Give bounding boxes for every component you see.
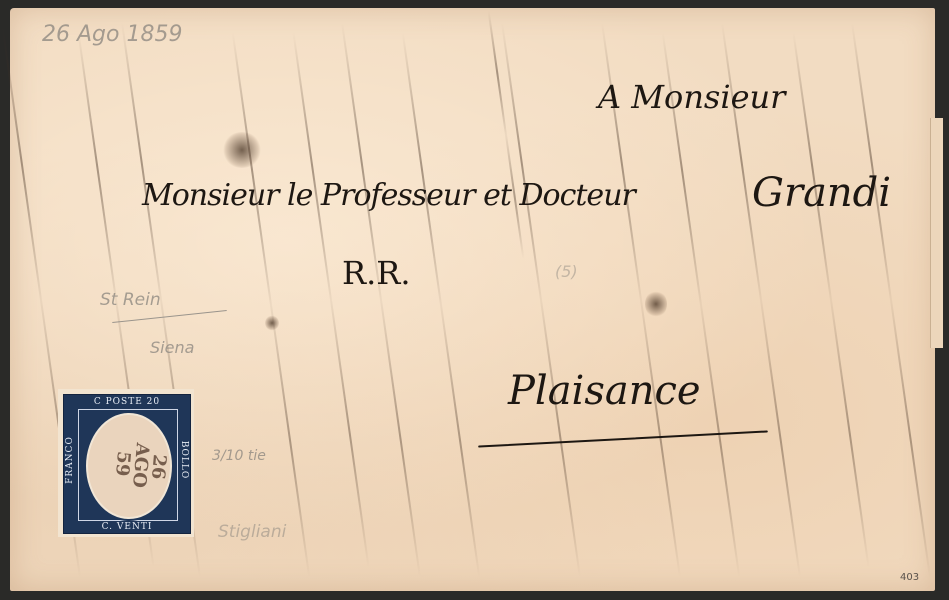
address-title: Monsieur le Professeur et Docteur	[142, 178, 635, 213]
stamp-body: C POSTE 20 C. VENTI FRANCO BOLLO 26 AGO …	[63, 394, 191, 534]
ink-blot	[645, 290, 667, 318]
address-honorific: R.R.	[342, 254, 411, 292]
ink-blot	[222, 132, 262, 168]
stamp-left-text: FRANCO	[65, 410, 75, 510]
pencil-note: (5)	[555, 262, 578, 281]
pencil-note: Stigliani	[218, 522, 286, 542]
stamp-bottom-text: C. VENTI	[64, 522, 190, 532]
postmark-cancel: 26 AGO 59	[104, 428, 170, 503]
address-city: Plaisance	[508, 368, 701, 414]
pencil-note: 3/10 tie	[212, 448, 266, 464]
paper-fold-flap	[930, 118, 943, 348]
address-surname: Grandi	[752, 170, 891, 216]
stamp-right-text: BOLLO	[179, 410, 189, 510]
pencil-note: St Rein	[100, 290, 161, 310]
catalog-number: 403	[900, 572, 919, 583]
stamp-top-text: C POSTE 20	[64, 397, 190, 407]
pencil-note: Siena	[150, 338, 194, 357]
pencil-date: 26 Ago 1859	[42, 22, 182, 47]
ink-blot	[265, 315, 279, 331]
address-salutation: A Monsieur	[598, 78, 785, 116]
postage-stamp: C POSTE 20 C. VENTI FRANCO BOLLO 26 AGO …	[58, 389, 194, 537]
